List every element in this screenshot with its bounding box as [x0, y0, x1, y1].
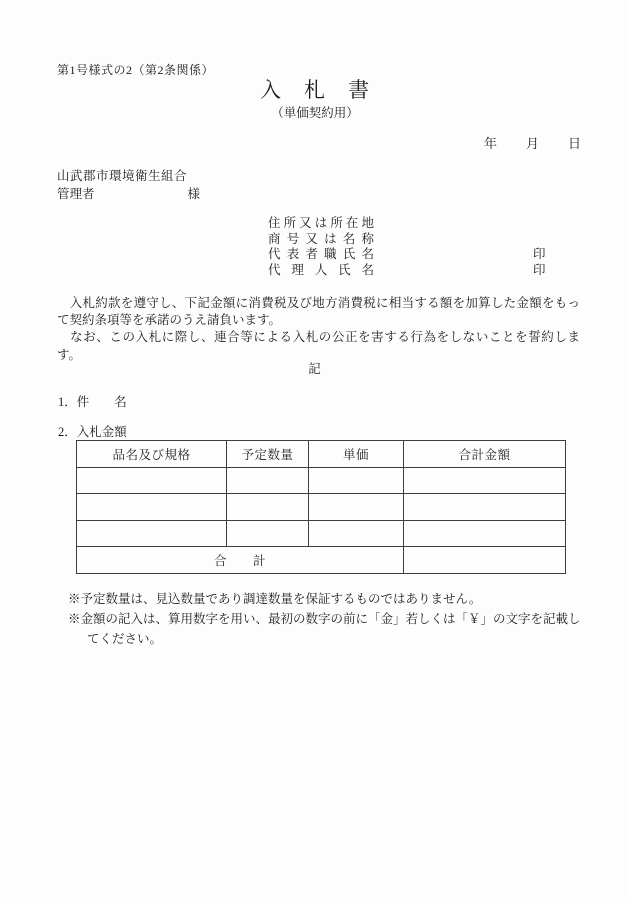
signer-label-company-name: 商号又は名称 — [268, 232, 374, 248]
signer-block: 住所又は所在地 商号又は名称 代表者職氏名 印 代理人氏名 印 — [268, 216, 568, 278]
table-cell-empty — [77, 520, 227, 547]
document-subtitle: （単価契約用） — [271, 106, 359, 120]
bid-form-page: 第1号様式の2（第2条関係） 入 札 書 （単価契約用） 年 月 日 山武郡市環… — [0, 0, 630, 903]
table-cell-empty — [309, 467, 404, 494]
date-day-label: 日 — [568, 133, 581, 152]
addressee-honorific: 様 — [188, 187, 201, 201]
table-cell-empty — [227, 467, 309, 494]
table-cell-empty — [404, 467, 566, 494]
pledge-text: 入札約款を遵守し、下記金額に消費税及び地方消費税に相当する額を加算した金額をもっ… — [57, 295, 580, 364]
signer-row-agent: 代理人氏名 印 — [268, 263, 568, 279]
signer-label-representative: 代表者職氏名 — [268, 247, 374, 263]
note-amount-instruction: ※金額の記入は、算用数字を用い、最初の数字の前に「金」若しくは「￥」の文字を記載… — [68, 609, 582, 649]
bid-amount-table: 品名及び規格 予定数量 単価 合計金額 — [76, 440, 566, 574]
col-header-total-amount: 合計金額 — [404, 441, 566, 468]
table-cell-empty — [227, 494, 309, 521]
table-row — [77, 467, 566, 494]
signer-label-agent: 代理人氏名 — [268, 263, 374, 279]
pledge-paragraph-1: 入札約款を遵守し、下記金額に消費税及び地方消費税に相当する額を加算した金額をもっ… — [57, 295, 580, 329]
table-cell-empty — [227, 520, 309, 547]
table-cell-empty — [309, 494, 404, 521]
section-bid-amount: 2．入札金額 — [58, 422, 127, 440]
total-value-cell — [404, 547, 566, 574]
date-month-label: 月 — [526, 133, 539, 152]
signer-label-address: 住所又は所在地 — [268, 216, 374, 232]
total-label-cell: 合 計 — [77, 547, 404, 574]
note-quantity-disclaimer: ※予定数量は、見込数量であり調達数量を保証するものではありません。 — [68, 589, 582, 609]
col-header-planned-quantity: 予定数量 — [227, 441, 309, 468]
signer-row-address: 住所又は所在地 — [268, 216, 568, 232]
table-total-row: 合 計 — [77, 547, 566, 574]
addressee-organization: 山武郡市環境衛生組合 — [57, 166, 187, 184]
table-cell-empty — [404, 494, 566, 521]
addressee-role: 管理者 — [57, 187, 95, 201]
ki-separator: 記 — [308, 362, 322, 376]
signer-row-representative: 代表者職氏名 印 — [268, 247, 568, 263]
col-header-unit-price: 単価 — [309, 441, 404, 468]
col-header-item-spec: 品名及び規格 — [77, 441, 227, 468]
signer-row-company-name: 商号又は名称 — [268, 232, 568, 248]
table-row — [77, 494, 566, 521]
date-line: 年 月 日 — [484, 133, 581, 152]
addressee-role-line: 管理者様 — [57, 184, 200, 202]
representative-seal-mark: 印 — [533, 247, 546, 263]
table-cell-empty — [309, 520, 404, 547]
date-year-label: 年 — [484, 133, 497, 152]
agent-seal-mark: 印 — [533, 263, 546, 279]
table-cell-empty — [77, 494, 227, 521]
table-row — [77, 520, 566, 547]
table-header-row: 品名及び規格 予定数量 単価 合計金額 — [77, 441, 566, 468]
table-cell-empty — [404, 520, 566, 547]
document-title: 入 札 書 — [260, 78, 370, 102]
section-item-name: 1．件 名 — [58, 392, 127, 410]
table-cell-empty — [77, 467, 227, 494]
notes-block: ※予定数量は、見込数量であり調達数量を保証するものではありません。 ※金額の記入… — [68, 589, 582, 649]
